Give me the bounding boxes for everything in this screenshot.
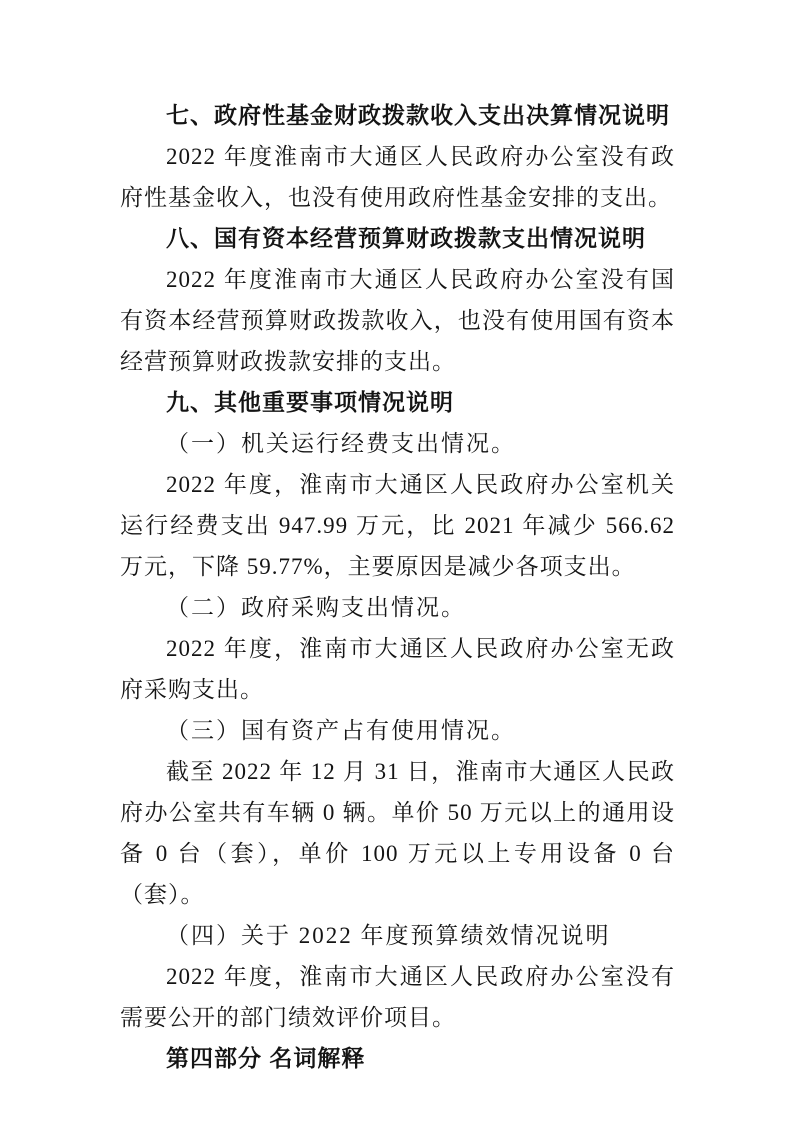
subheading-gov-procurement: （二）政府采购支出情况。: [120, 587, 675, 628]
paragraph-state-capital: 2022 年度淮南市大通区人民政府办公室没有国有资本经营预算财政拨款收入，也没有…: [120, 259, 675, 382]
section-heading-other-matters: 九、其他重要事项情况说明: [120, 382, 675, 423]
paragraph-gov-fund: 2022 年度淮南市大通区人民政府办公室没有政府性基金收入，也没有使用政府性基金…: [120, 136, 675, 218]
paragraph-budget-performance: 2022 年度，淮南市大通区人民政府办公室没有需要公开的部门绩效评价项目。: [120, 956, 675, 1038]
paragraph-operating-expense: 2022 年度，淮南市大通区人民政府办公室机关运行经费支出 947.99 万元，…: [120, 464, 675, 587]
document-page: { "page": { "background_color": "#ffffff…: [0, 0, 793, 1122]
part-four-heading-glossary: 第四部分 名词解释: [120, 1038, 675, 1079]
subheading-state-assets: （三）国有资产占有使用情况。: [120, 710, 675, 751]
subheading-operating-expense: （一）机关运行经费支出情况。: [120, 423, 675, 464]
paragraph-state-assets: 截至 2022 年 12 月 31 日，淮南市大通区人民政府办公室共有车辆 0 …: [120, 751, 675, 915]
section-heading-state-capital: 八、国有资本经营预算财政拨款支出情况说明: [120, 218, 675, 259]
page-canvas: 七、政府性基金财政拨款收入支出决算情况说明 2022 年度淮南市大通区人民政府办…: [0, 0, 793, 1122]
document-body: 七、政府性基金财政拨款收入支出决算情况说明 2022 年度淮南市大通区人民政府办…: [120, 95, 675, 1079]
section-heading-gov-fund: 七、政府性基金财政拨款收入支出决算情况说明: [120, 95, 675, 136]
subheading-budget-performance: （四）关于 2022 年度预算绩效情况说明: [120, 915, 675, 956]
paragraph-gov-procurement: 2022 年度，淮南市大通区人民政府办公室无政府采购支出。: [120, 628, 675, 710]
